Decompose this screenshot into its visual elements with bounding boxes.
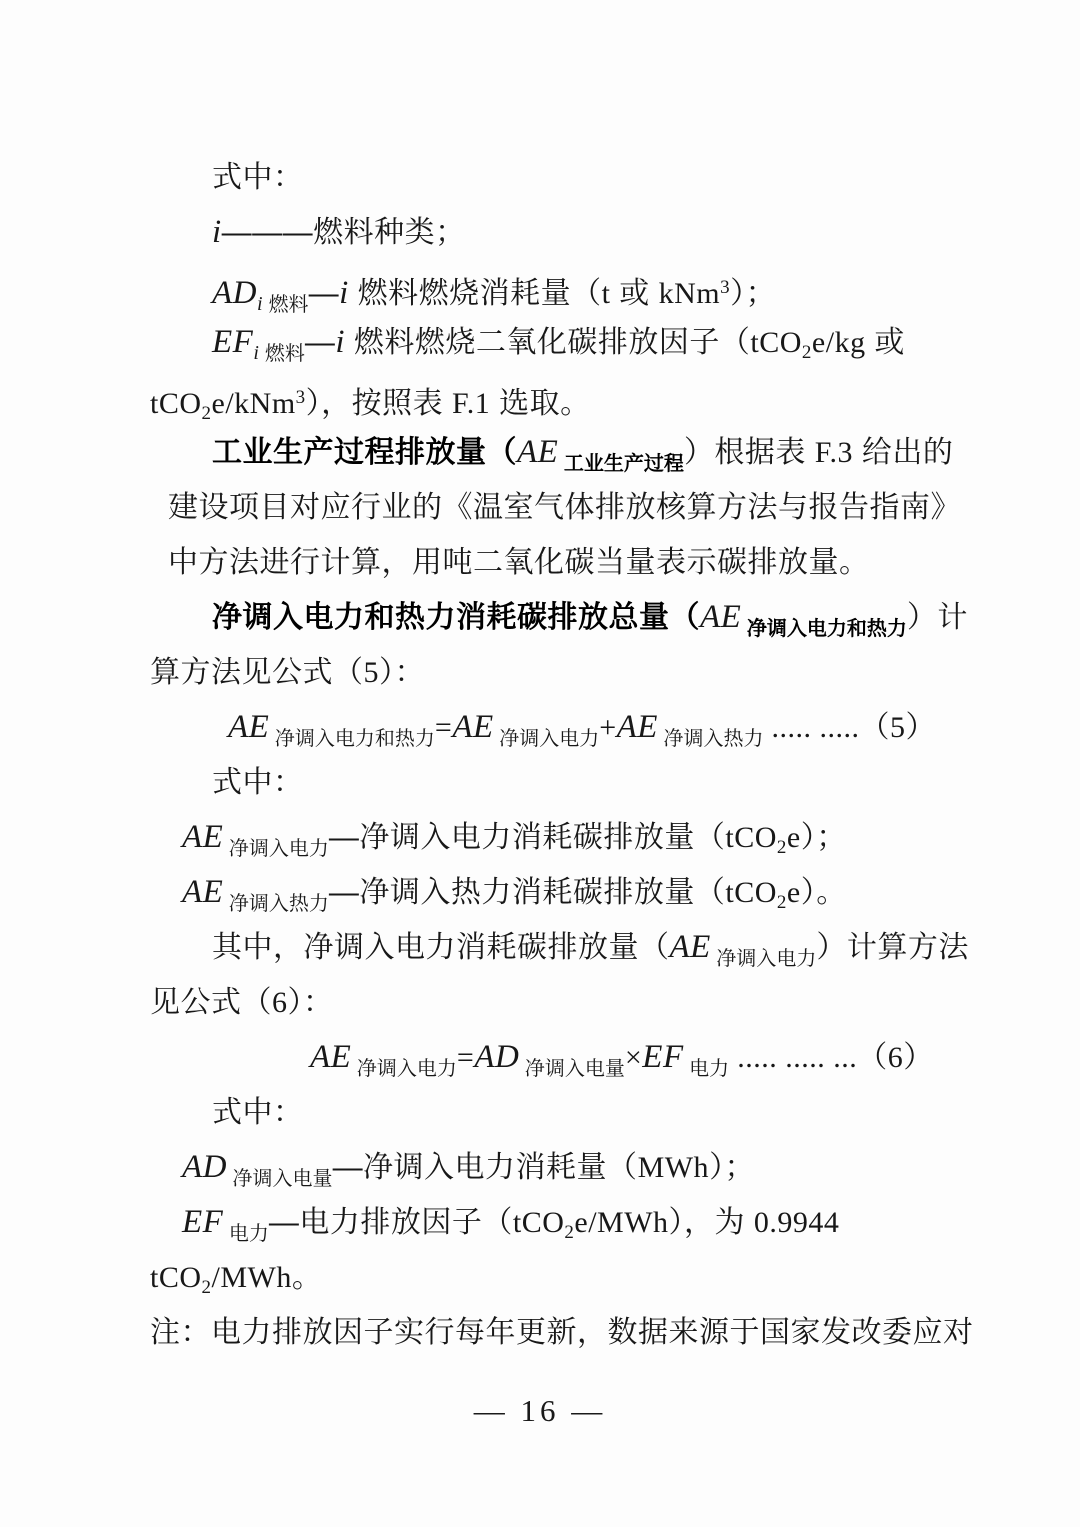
text-segment: —电力排放因子（ xyxy=(269,1206,513,1239)
text-segment: 选取。 xyxy=(490,387,590,420)
text-segment: 式中： xyxy=(212,1096,304,1129)
text-segment: 建设项目对应行业的《温室气体排放核算方法与报告指南》 xyxy=(168,491,961,524)
text-segment: 净调入电力 xyxy=(223,838,329,860)
text-segment: ）计算方法 xyxy=(816,931,969,964)
text-segment: 净调入电力和热力消耗碳排放总量（ xyxy=(212,601,700,634)
text-segment: ） xyxy=(903,1041,934,1074)
text-segment: — xyxy=(309,277,340,310)
text-segment: MWh xyxy=(638,1151,710,1184)
text-segment: ）； xyxy=(709,1151,755,1184)
text-segment: e xyxy=(787,876,801,909)
text-segment: AD xyxy=(474,1039,519,1075)
text-segment: — xyxy=(305,326,336,359)
text-segment: AD xyxy=(212,275,257,311)
text-segment: 3 xyxy=(720,277,730,298)
where-clause-formula6: 式中： xyxy=(150,1085,950,1140)
text-segment: 算方法见公式（ xyxy=(150,656,364,689)
text-segment: AE xyxy=(670,929,711,965)
text-segment: 2 xyxy=(802,342,812,363)
text-segment: ）； xyxy=(730,277,776,310)
text-segment: 3 xyxy=(296,387,306,408)
paragraph-net-power-line2: 见公式（6）： xyxy=(150,975,950,1030)
text-segment: i xyxy=(253,342,265,364)
text-segment: 净调入热力 xyxy=(223,893,329,915)
paragraph-industrial-process-line1: 工业生产过程排放量（AE 工业生产过程）根据表 F.3 给出的 xyxy=(150,425,950,480)
definition-ef-power-line2: tCO2/MWh。 xyxy=(150,1250,950,1305)
text-segment: AE xyxy=(452,709,493,745)
paragraph-net-power-heat-line1: 净调入电力和热力消耗碳排放总量（AE 净调入电力和热力）计 xyxy=(150,590,950,645)
definition-ae-net-heat: AE 净调入热力—净调入热力消耗碳排放量（tCO2e）。 xyxy=(150,865,950,920)
text-segment: i xyxy=(335,324,345,360)
text-segment: ）根据表 xyxy=(684,436,815,469)
text-segment: AE xyxy=(617,709,658,745)
text-segment: tCO xyxy=(513,1206,565,1239)
note-line: 注：电力排放因子实行每年更新，数据来源于国家发改委应对 xyxy=(150,1305,950,1360)
text-segment: AE xyxy=(228,709,269,745)
text-segment: 式中： xyxy=(212,161,304,194)
text-segment: 净调入热力 xyxy=(658,728,764,750)
text-segment: tCO xyxy=(150,1261,202,1294)
text-segment: （ xyxy=(860,711,891,744)
text-segment: 净调入电力 xyxy=(351,1058,457,1080)
text-segment: ）计 xyxy=(907,601,968,634)
text-segment: 净调入电力和热力 xyxy=(269,728,435,750)
text-segment: ）： xyxy=(379,656,425,689)
text-segment: 燃料燃烧消耗量（ xyxy=(349,277,602,310)
where-clause-fuel: 式中： xyxy=(150,150,950,205)
text-segment: = xyxy=(457,1041,474,1074)
text-segment: ..... ..... xyxy=(764,711,860,744)
text-segment: ———燃料种类； xyxy=(222,216,466,249)
text-segment: 净调入电力和热力 xyxy=(741,618,907,640)
definition-ad-fuel: ADi 燃料—i 燃料燃烧消耗量（t 或 kNm3）； xyxy=(150,260,950,315)
text-segment: AE xyxy=(517,434,558,470)
document-body: 式中：i———燃料种类；ADi 燃料—i 燃料燃烧消耗量（t 或 kNm3）；E… xyxy=(150,150,950,1360)
text-segment: AD xyxy=(182,1149,227,1185)
document-page: 式中：i———燃料种类；ADi 燃料—i 燃料燃烧消耗量（t 或 kNm3）；E… xyxy=(0,0,1080,1527)
text-segment: 2 xyxy=(777,892,787,913)
paragraph-net-power-heat-line2: 算方法见公式（5）： xyxy=(150,645,950,700)
text-segment: 工业生产过程 xyxy=(558,453,684,475)
text-segment: 净调入电量 xyxy=(519,1058,625,1080)
text-segment: e/kg xyxy=(812,326,866,359)
text-segment: （ xyxy=(857,1041,888,1074)
text-segment: i xyxy=(212,214,222,250)
text-segment: × xyxy=(625,1041,642,1074)
paragraph-industrial-process-line3: 中方法进行计算，用吨二氧化碳当量表示碳排放量。 xyxy=(150,535,950,590)
text-segment: 工业生产过程排放量（ xyxy=(212,436,517,469)
definition-ef-power-line1: EF 电力—电力排放因子（tCO2e/MWh），为 0.9944 xyxy=(150,1195,950,1250)
text-segment: tCO xyxy=(150,387,202,420)
text-segment: —净调入电力消耗碳排放量（ xyxy=(329,821,726,854)
text-segment: EF xyxy=(182,1204,223,1240)
text-segment: —净调入热力消耗碳排放量（ xyxy=(329,876,726,909)
text-segment: 2 xyxy=(202,403,212,424)
text-segment: kNm xyxy=(659,277,721,310)
text-segment: 2 xyxy=(202,1277,212,1298)
text-segment: /MWh xyxy=(212,1261,292,1294)
text-segment: 式中： xyxy=(212,766,304,799)
text-segment: 净调入电量 xyxy=(227,1168,333,1190)
text-segment: tCO xyxy=(725,821,777,854)
text-segment: 2 xyxy=(777,837,787,858)
text-segment: 或 xyxy=(866,326,905,359)
text-segment: ），按照表 xyxy=(306,387,452,420)
text-segment: 净调入电力 xyxy=(494,728,600,750)
text-segment: e/kNm xyxy=(212,387,296,420)
where-clause-formula5: 式中： xyxy=(150,755,950,810)
formula-6: AE 净调入电力=AD 净调入电量×EF 电力 ..... ..... ...（… xyxy=(150,1030,950,1085)
text-segment: 燃料 xyxy=(269,294,309,316)
text-segment: + xyxy=(599,711,616,744)
text-segment: AE xyxy=(310,1039,351,1075)
text-segment: ）： xyxy=(288,986,334,1019)
text-segment: 。 xyxy=(292,1261,323,1294)
text-segment: AE xyxy=(182,819,223,855)
text-segment: 2 xyxy=(564,1222,574,1243)
text-segment: ） xyxy=(906,711,937,744)
text-segment: ..... ..... ... xyxy=(729,1041,857,1074)
formula-5: AE 净调入电力和热力=AE 净调入电力+AE 净调入热力 ..... ....… xyxy=(150,700,950,755)
text-segment: tCO xyxy=(725,876,777,909)
text-segment: AE xyxy=(700,599,741,635)
text-segment: = xyxy=(435,711,452,744)
text-segment: EF xyxy=(212,324,253,360)
text-segment: AE xyxy=(182,874,223,910)
text-segment: 燃料燃烧二氧化碳排放因子（ xyxy=(345,326,750,359)
text-segment: 注：电力排放因子实行每年更新，数据来源于国家发改委应对 xyxy=(150,1316,974,1349)
text-segment: 燃料 xyxy=(265,343,305,365)
text-segment: ）。 xyxy=(801,876,847,909)
page-number: — 16 — xyxy=(0,1383,1080,1438)
paragraph-net-power-line1: 其中，净调入电力消耗碳排放量（AE 净调入电力）计算方法 xyxy=(150,920,950,975)
text-segment: F.3 xyxy=(815,436,853,469)
text-segment: —净调入电力消耗量（ xyxy=(333,1151,638,1184)
text-segment: 电力 xyxy=(223,1223,269,1245)
text-segment: i xyxy=(339,275,349,311)
text-segment: 中方法进行计算，用吨二氧化碳当量表示碳排放量。 xyxy=(168,546,870,579)
text-segment: 5 xyxy=(364,656,380,689)
text-segment: 其中，净调入电力消耗碳排放量（ xyxy=(212,931,670,964)
paragraph-industrial-process-line2: 建设项目对应行业的《温室气体排放核算方法与报告指南》 xyxy=(150,480,950,535)
definition-ef-fuel-line1: EFi 燃料—i 燃料燃烧二氧化碳排放因子（tCO2e/kg 或 xyxy=(150,315,950,370)
text-segment: e/MWh xyxy=(574,1206,668,1239)
text-segment: tCO xyxy=(750,326,802,359)
text-segment: 6 xyxy=(888,1041,904,1074)
text-segment: F.1 xyxy=(452,387,490,420)
text-segment: 5 xyxy=(890,711,906,744)
text-segment: 给出的 xyxy=(853,436,953,469)
text-segment: 0.9944 xyxy=(754,1206,840,1239)
definition-fuel-type: i———燃料种类； xyxy=(150,205,950,260)
text-segment: 见公式（ xyxy=(150,986,272,1019)
text-segment: ）； xyxy=(801,821,847,854)
text-segment: 6 xyxy=(272,986,288,1019)
definition-ae-net-power: AE 净调入电力—净调入电力消耗碳排放量（tCO2e）； xyxy=(150,810,950,865)
text-segment: ），为 xyxy=(669,1206,754,1239)
text-segment: 电力 xyxy=(684,1058,730,1080)
text-segment: e xyxy=(787,821,801,854)
definition-ad-net-power: AD 净调入电量—净调入电力消耗量（MWh）； xyxy=(150,1140,950,1195)
text-segment: i xyxy=(257,293,269,315)
text-segment: 净调入电力 xyxy=(711,948,817,970)
text-segment: EF xyxy=(642,1039,683,1075)
text-segment: 或 xyxy=(610,277,658,310)
definition-ef-fuel-line2: tCO2e/kNm3），按照表 F.1 选取。 xyxy=(150,370,950,425)
